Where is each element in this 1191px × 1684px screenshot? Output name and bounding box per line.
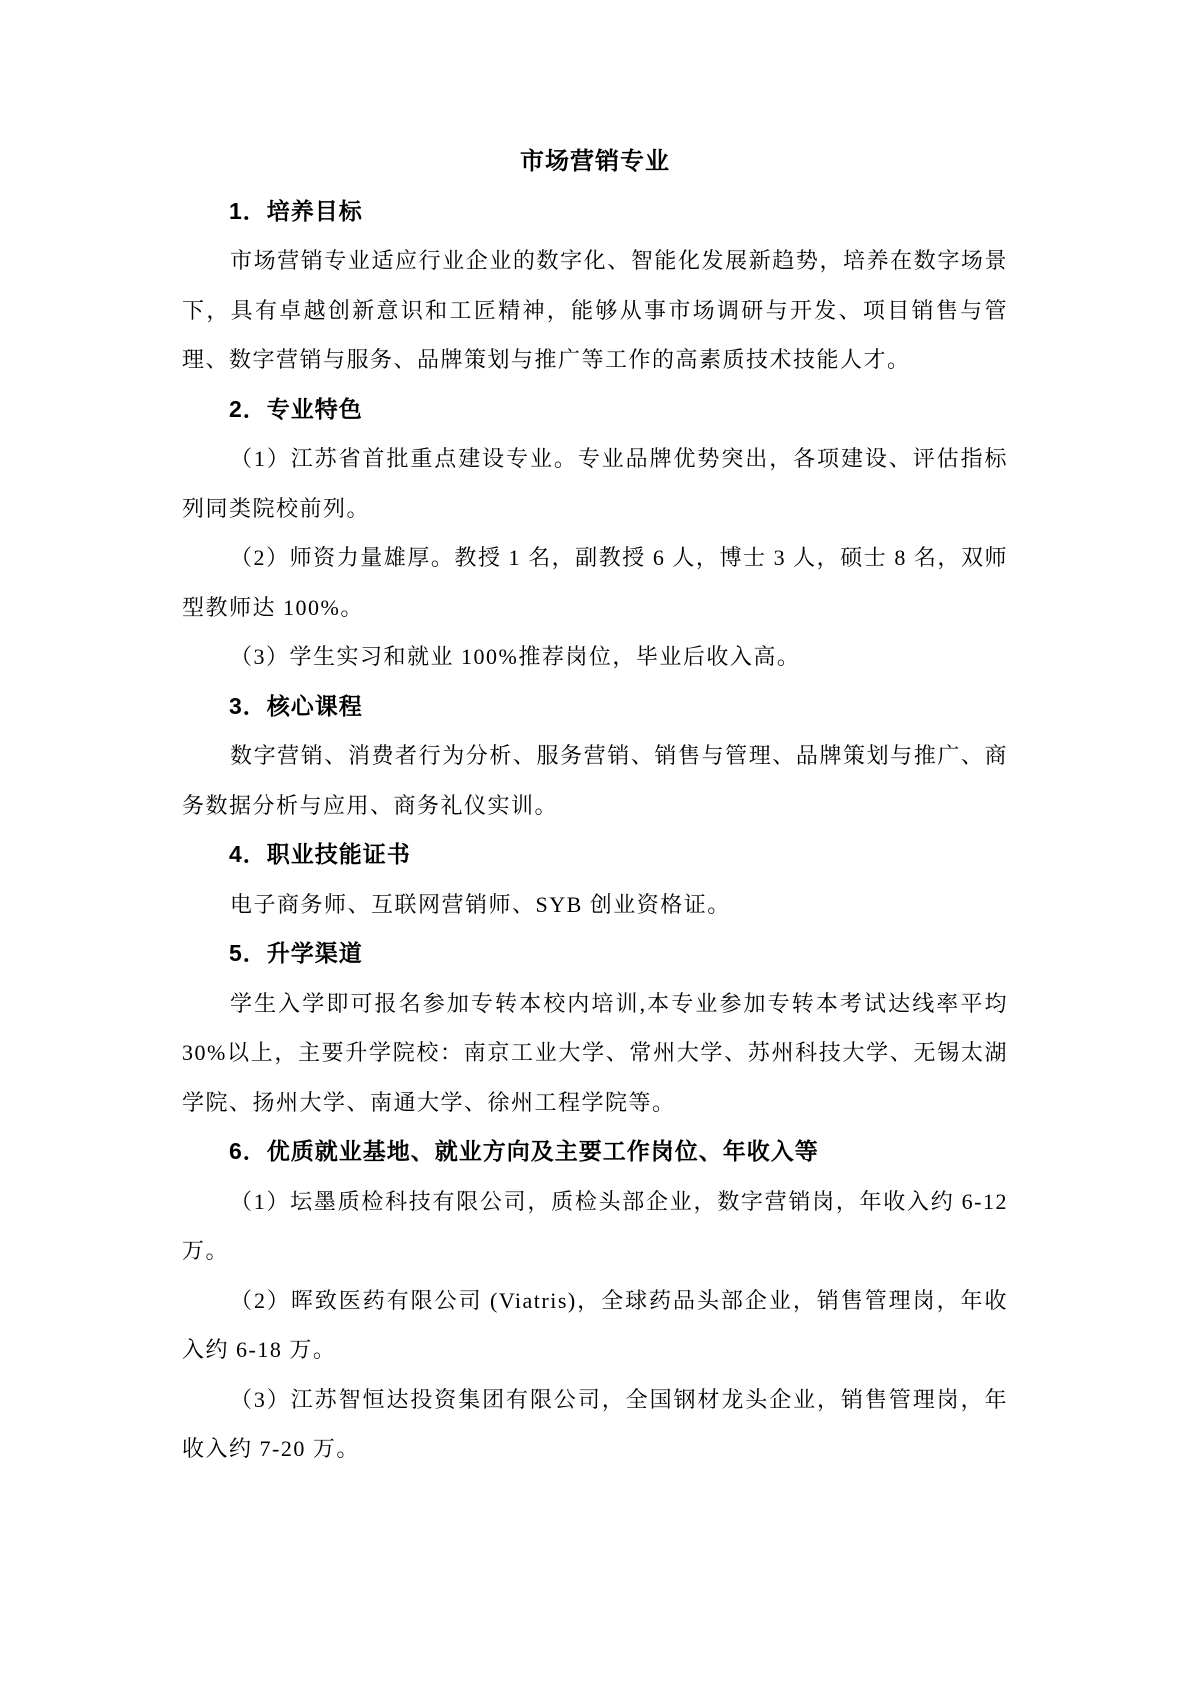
paragraph: （2）师资力量雄厚。教授 1 名，副教授 6 人，博士 3 人，硕士 8 名，双… xyxy=(182,533,1008,632)
document-page: 市场营销专业 1．培养目标 市场营销专业适应行业企业的数字化、智能化发展新趋势，… xyxy=(0,0,1191,1684)
paragraph: 学生入学即可报名参加专转本校内培训,本专业参加专转本考试达线率平均 30%以上，… xyxy=(182,979,1008,1128)
paragraph: 电子商务师、互联网营销师、SYB 创业资格证。 xyxy=(182,880,1008,930)
paragraph: （3）学生实习和就业 100%推荐岗位，毕业后收入高。 xyxy=(182,632,1008,682)
paragraph: （1）坛墨质检科技有限公司，质检头部企业，数字营销岗，年收入约 6-12 万。 xyxy=(182,1177,1008,1276)
section-heading-training-objectives: 1．培养目标 xyxy=(182,187,1008,237)
section-heading-vocational-certificates: 4．职业技能证书 xyxy=(182,830,1008,880)
paragraph: （2）晖致医药有限公司 (Viatris)，全球药品头部企业，销售管理岗，年收入… xyxy=(182,1276,1008,1375)
section-heading-major-features: 2．专业特色 xyxy=(182,385,1008,435)
document-title: 市场营销专业 xyxy=(182,137,1008,187)
paragraph: （3）江苏智恒达投资集团有限公司，全国钢材龙头企业，销售管理岗，年收入约 7-2… xyxy=(182,1375,1008,1474)
paragraph: 数字营销、消费者行为分析、服务营销、销售与管理、品牌策划与推广、商务数据分析与应… xyxy=(182,731,1008,830)
section-heading-core-courses: 3．核心课程 xyxy=(182,682,1008,732)
section-core-courses: 3．核心课程 数字营销、消费者行为分析、服务营销、销售与管理、品牌策划与推广、商… xyxy=(182,682,1008,831)
section-training-objectives: 1．培养目标 市场营销专业适应行业企业的数字化、智能化发展新趋势，培养在数字场景… xyxy=(182,187,1008,385)
section-major-features: 2．专业特色 （1）江苏省首批重点建设专业。专业品牌优势突出，各项建设、评估指标… xyxy=(182,385,1008,682)
paragraph: （1）江苏省首批重点建设专业。专业品牌优势突出，各项建设、评估指标列同类院校前列… xyxy=(182,434,1008,533)
section-employment: 6．优质就业基地、就业方向及主要工作岗位、年收入等 （1）坛墨质检科技有限公司，… xyxy=(182,1127,1008,1474)
section-heading-employment: 6．优质就业基地、就业方向及主要工作岗位、年收入等 xyxy=(182,1127,1008,1177)
section-heading-further-education: 5．升学渠道 xyxy=(182,929,1008,979)
section-further-education: 5．升学渠道 学生入学即可报名参加专转本校内培训,本专业参加专转本考试达线率平均… xyxy=(182,929,1008,1127)
paragraph: 市场营销专业适应行业企业的数字化、智能化发展新趋势，培养在数字场景下，具有卓越创… xyxy=(182,236,1008,385)
section-vocational-certificates: 4．职业技能证书 电子商务师、互联网营销师、SYB 创业资格证。 xyxy=(182,830,1008,929)
